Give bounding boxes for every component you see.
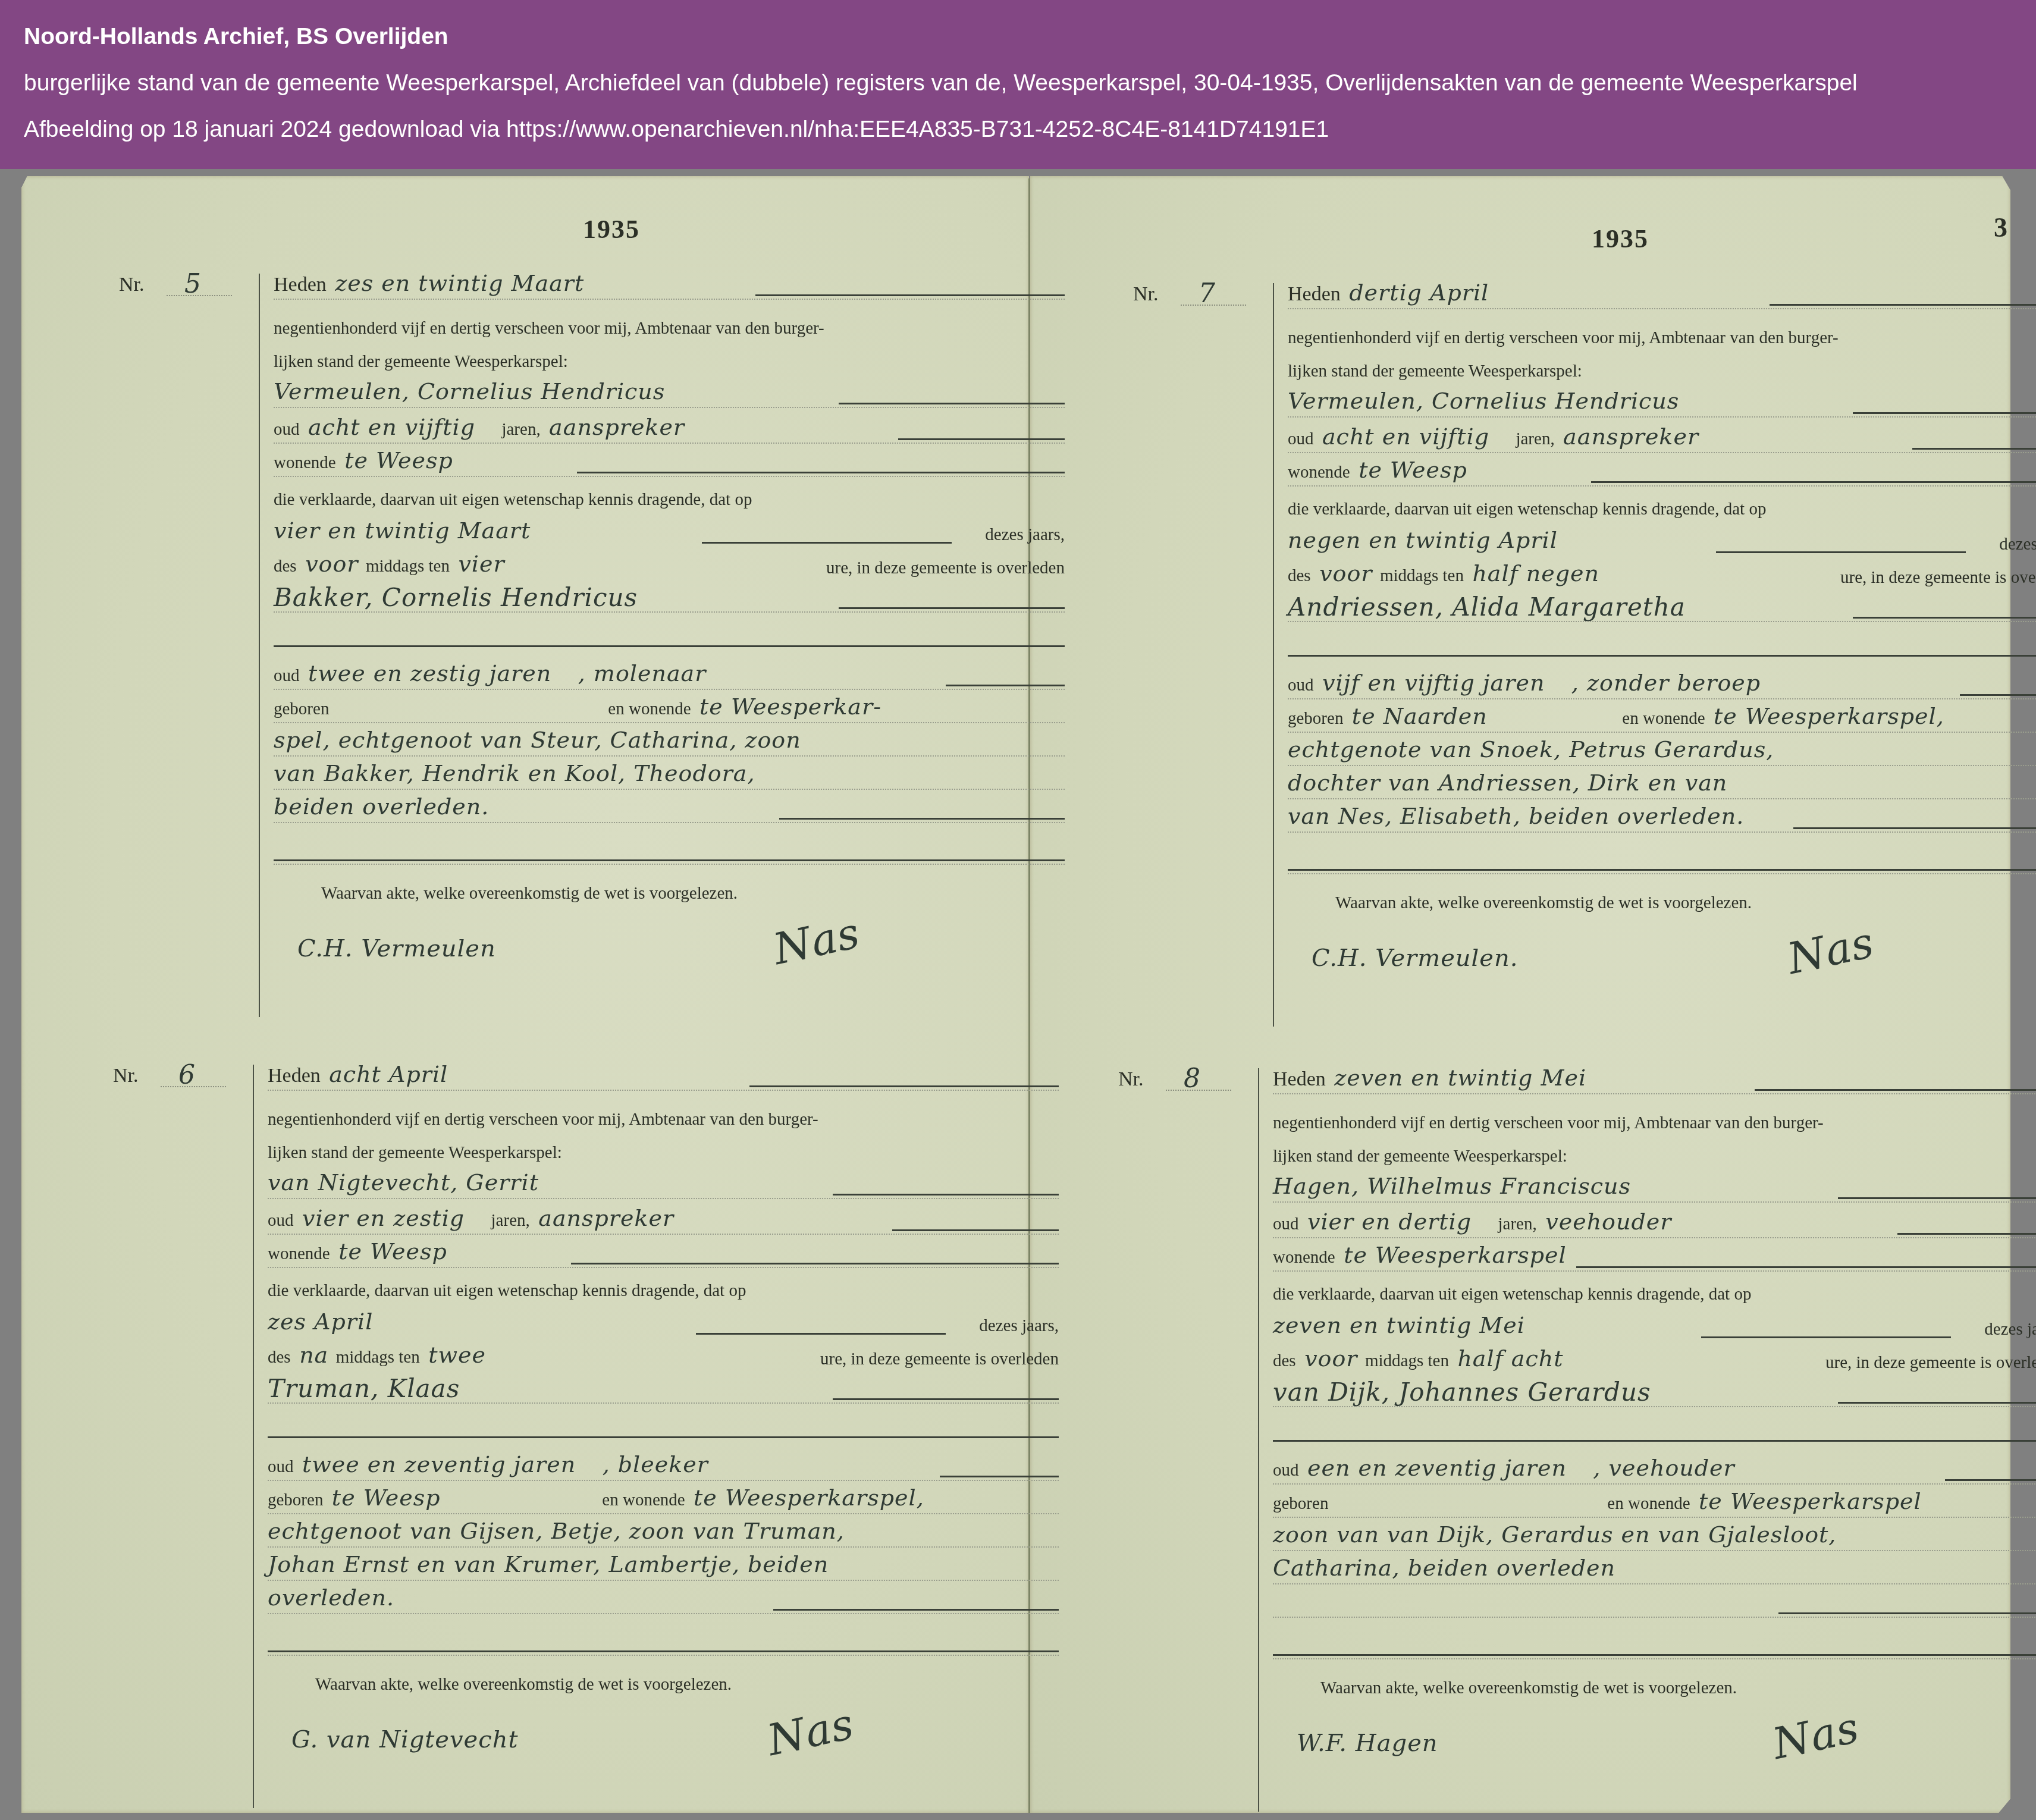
row-blank bbox=[268, 1412, 1059, 1442]
row-blank bbox=[1288, 630, 2036, 660]
record-number: 8 bbox=[1184, 1063, 1201, 1094]
record-number: 5 bbox=[184, 269, 202, 299]
official-initials: Nas bbox=[1768, 1702, 1864, 1769]
akte-statement: Waarvan akte, welke overeenkomstig de we… bbox=[321, 884, 738, 903]
declarant-age: vier en zestig bbox=[302, 1205, 465, 1231]
deceased-name: Bakker, Cornelis Hendricus bbox=[274, 583, 638, 612]
declarant-occupation: aanspreker bbox=[1563, 423, 1699, 450]
printed-line-negentienhonderd: negentienhonderd vijf en dertig verschee… bbox=[1273, 1113, 2036, 1133]
row-declarant: Hagen, Wilhelmus Franciscus bbox=[1273, 1173, 2036, 1203]
row-declarant: Vermeulen, Cornelius Hendricus bbox=[274, 378, 1065, 408]
record-number-label: Nr. bbox=[1133, 283, 1159, 306]
declarant-name: Vermeulen, Cornelius Hendricus bbox=[274, 378, 665, 404]
death-date: vier en twintig Maart bbox=[274, 517, 531, 544]
akte-statement: Waarvan akte, welke overeenkomstig de we… bbox=[315, 1675, 732, 1695]
death-date: zeven en twintig Mei bbox=[1273, 1312, 1525, 1338]
birthplace: te Naarden bbox=[1352, 703, 1614, 729]
residence: te Weesperkarspel bbox=[1699, 1488, 1922, 1514]
deceased-age: twee en zestig jaren bbox=[308, 660, 551, 686]
ante-post-meridiem: voor bbox=[1304, 1345, 1357, 1372]
official-initials: Nas bbox=[763, 1699, 858, 1765]
printed-line-negentienhonderd: negentienhonderd vijf en dertig verschee… bbox=[1288, 328, 2036, 348]
row-death-time: des voor middags ten half negen ure, in … bbox=[1288, 560, 2036, 590]
row-blank-2 bbox=[268, 1626, 1059, 1656]
row-death-date: zes April dezes jaars, bbox=[268, 1308, 1059, 1338]
details-line-1: echtgenote van Snoek, Petrus Gerardus, bbox=[1288, 736, 1774, 762]
row-death-time: des voor middags ten vier ure, in deze g… bbox=[274, 551, 1065, 580]
row-details-3: overleden. bbox=[268, 1584, 1059, 1614]
akte-statement: Waarvan akte, welke overeenkomstig de we… bbox=[1335, 893, 1752, 913]
row-birth: geboren te Weesp en wonende te Weesperka… bbox=[268, 1485, 1059, 1514]
declarant-name: van Nigtevecht, Gerrit bbox=[268, 1169, 539, 1195]
declarant-occupation: aanspreker bbox=[549, 414, 685, 440]
declarant-signature: C.H. Vermeulen bbox=[297, 935, 496, 962]
row-details-1: spel, echtgenoot van Steur, Catharina, z… bbox=[274, 727, 1065, 757]
printed-line-verklaarde: die verklaarde, daarvan uit eigen wetens… bbox=[268, 1281, 1059, 1301]
record-date: acht April bbox=[329, 1061, 448, 1087]
official-initials: Nas bbox=[769, 908, 864, 974]
row-deceased-age: oud twee en zestig jaren , molenaar bbox=[274, 660, 1065, 690]
row-details-2: Johan Ernst en van Krumer, Lambertje, be… bbox=[268, 1551, 1059, 1581]
page-number: 3 bbox=[1994, 212, 2007, 243]
deceased-occupation: , zonder beroep bbox=[1571, 670, 1761, 696]
row-blank bbox=[1273, 1416, 2036, 1445]
download-note: Afbeelding op 18 januari 2024 gedownload… bbox=[24, 117, 1329, 143]
row-declarant-age: oud acht en vijftig jaren, aanspreker bbox=[274, 414, 1065, 444]
death-record-6: Nr. 6 Heden acht April negentienhonderd … bbox=[113, 1065, 1065, 1814]
details-line-3: van Nes, Elisabeth, beiden overleden. bbox=[1288, 803, 1744, 829]
record-number-label: Nr. bbox=[1118, 1068, 1144, 1091]
row-birth: geboren te Naarden en wonende te Weesper… bbox=[1288, 703, 2036, 733]
declarant-age: acht en vijftig bbox=[308, 414, 475, 440]
row-details-2: dochter van Andriessen, Dirk en van bbox=[1288, 770, 2036, 799]
row-declarant-age: oud acht en vijftig jaren, aanspreker bbox=[1288, 423, 2036, 453]
row-blank-2 bbox=[274, 835, 1065, 865]
row-details-3: van Nes, Elisabeth, beiden overleden. bbox=[1288, 803, 2036, 833]
row-declarant-residence: wonende te Weesp bbox=[274, 447, 1065, 477]
archive-title: Noord-Hollands Archief, BS Overlijden bbox=[24, 24, 448, 50]
row-deceased: Andriessen, Alida Margaretha bbox=[1288, 592, 2036, 622]
declarant-age: vier en dertig bbox=[1307, 1209, 1472, 1235]
record-date: dertig April bbox=[1349, 280, 1489, 306]
details-line-1: zoon van van Dijk, Gerardus en van Gjale… bbox=[1273, 1521, 1836, 1548]
row-details-3 bbox=[1273, 1588, 2036, 1618]
row-deceased: van Dijk, Johannes Gerardus bbox=[1273, 1377, 2036, 1407]
row-date: Heden zes en twintig Maart bbox=[274, 270, 1065, 300]
row-deceased: Truman, Klaas bbox=[268, 1374, 1059, 1404]
declarant-signature: G. van Nigtevecht bbox=[291, 1726, 519, 1753]
record-number: 6 bbox=[178, 1060, 196, 1090]
row-birth: geboren en wonende te Weesperkar- bbox=[274, 694, 1065, 723]
deceased-occupation: , bleeker bbox=[603, 1451, 708, 1477]
declarant-residence: te Weesp bbox=[344, 447, 453, 473]
death-date: negen en twintig April bbox=[1288, 527, 1558, 553]
printed-line-negentienhonderd: negentienhonderd vijf en dertig verschee… bbox=[268, 1110, 1059, 1129]
details-line-1: spel, echtgenoot van Steur, Catharina, z… bbox=[274, 727, 801, 753]
row-date: Heden zeven en twintig Mei bbox=[1273, 1065, 2036, 1094]
declarant-signature: C.H. Vermeulen. bbox=[1312, 944, 1519, 972]
page-year-right: 1935 bbox=[1592, 224, 1649, 254]
ante-post-meridiem: voor bbox=[1319, 560, 1372, 586]
declarant-residence: te Weesperkarspel bbox=[1344, 1242, 1567, 1268]
details-line-2: dochter van Andriessen, Dirk en van bbox=[1288, 770, 1727, 796]
declarant-residence: te Weesp bbox=[1359, 457, 1467, 483]
record-date: zes en twintig Maart bbox=[335, 270, 584, 296]
printed-line-lijken: lijken stand der gemeente Weesperkarspel… bbox=[268, 1143, 1059, 1163]
deceased-age: twee en zeventig jaren bbox=[302, 1451, 576, 1477]
row-death-date: zeven en twintig Mei dezes jaars, bbox=[1273, 1312, 2036, 1342]
row-deceased: Bakker, Cornelis Hendricus bbox=[274, 583, 1065, 613]
record-number-label: Nr. bbox=[113, 1065, 139, 1087]
record-date: zeven en twintig Mei bbox=[1334, 1065, 1586, 1091]
details-line-2: van Bakker, Hendrik en Kool, Theodora, bbox=[274, 760, 755, 786]
official-initials: Nas bbox=[1783, 917, 1878, 984]
printed-line-verklaarde: die verklaarde, daarvan uit eigen wetens… bbox=[274, 490, 1065, 510]
printed-line-lijken: lijken stand der gemeente Weesperkarspel… bbox=[1273, 1147, 2036, 1166]
declarant-residence: te Weesp bbox=[338, 1238, 447, 1264]
row-death-time: des voor middags ten half acht ure, in d… bbox=[1273, 1345, 2036, 1375]
row-declarant-residence: wonende te Weesperkarspel bbox=[1273, 1242, 2036, 1272]
ante-post-meridiem: voor bbox=[305, 551, 358, 577]
death-hour: vier bbox=[458, 551, 504, 577]
akte-statement: Waarvan akte, welke overeenkomstig de we… bbox=[1320, 1678, 1737, 1698]
deceased-occupation: , veehouder bbox=[1593, 1455, 1734, 1481]
row-details-1: echtgenoot van Gijsen, Betje, zoon van T… bbox=[268, 1518, 1059, 1548]
row-declarant-age: oud vier en dertig jaren, veehouder bbox=[1273, 1209, 2036, 1238]
death-hour: twee bbox=[428, 1342, 486, 1368]
details-line-1: echtgenoot van Gijsen, Betje, zoon van T… bbox=[268, 1518, 845, 1544]
row-declarant-age: oud vier en zestig jaren, aanspreker bbox=[268, 1205, 1059, 1235]
row-death-time: des na middags ten twee ure, in deze gem… bbox=[268, 1342, 1059, 1372]
death-record-5: Nr. 5 Heden zes en twintig Maart negenti… bbox=[119, 274, 1071, 1023]
declarant-occupation: aanspreker bbox=[538, 1205, 674, 1231]
ante-post-meridiem: na bbox=[299, 1342, 328, 1368]
row-declarant-residence: wonende te Weesp bbox=[1288, 457, 2036, 487]
margin-rule bbox=[1273, 283, 1274, 1027]
birthplace: te Weesp bbox=[332, 1485, 594, 1511]
row-date: Heden dertig April bbox=[1288, 280, 2036, 309]
residence: te Weesperkarspel, bbox=[1714, 703, 1944, 729]
row-declarant: van Nigtevecht, Gerrit bbox=[268, 1169, 1059, 1199]
row-details-3: beiden overleden. bbox=[274, 793, 1065, 823]
row-details-1: zoon van van Dijk, Gerardus en van Gjale… bbox=[1273, 1521, 2036, 1551]
page-year-left: 1935 bbox=[583, 214, 640, 244]
declarant-name: Hagen, Wilhelmus Franciscus bbox=[1273, 1173, 1631, 1199]
death-record-7: Nr. 7 Heden dertig April negentienhonder… bbox=[1133, 283, 2036, 1033]
deceased-age: vijf en vijftig jaren bbox=[1322, 670, 1545, 696]
archive-banner: Noord-Hollands Archief, BS Overlijden bu… bbox=[0, 0, 2036, 169]
deceased-name: Truman, Klaas bbox=[268, 1374, 460, 1403]
deceased-occupation: , molenaar bbox=[578, 660, 707, 686]
printed-line-verklaarde: die verklaarde, daarvan uit eigen wetens… bbox=[1273, 1285, 2036, 1304]
deceased-name: Andriessen, Alida Margaretha bbox=[1288, 592, 1686, 622]
row-blank-2 bbox=[1288, 845, 2036, 874]
death-date: zes April bbox=[268, 1308, 373, 1335]
printed-line-lijken: lijken stand der gemeente Weesperkarspel… bbox=[274, 352, 1065, 372]
row-details-2: Catharina, beiden overleden bbox=[1273, 1555, 2036, 1584]
death-record-8: Nr. 8 Heden zeven en twintig Mei negenti… bbox=[1118, 1068, 2036, 1818]
declarant-age: acht en vijftig bbox=[1322, 423, 1489, 450]
declarant-signature: W.F. Hagen bbox=[1297, 1730, 1438, 1757]
residence: te Weesperkarspel, bbox=[694, 1485, 924, 1511]
death-hour: half acht bbox=[1457, 1345, 1563, 1372]
declarant-name: Vermeulen, Cornelius Hendricus bbox=[1288, 388, 1679, 414]
deceased-name: van Dijk, Johannes Gerardus bbox=[1273, 1377, 1651, 1407]
death-hour: half negen bbox=[1472, 560, 1599, 586]
residence: te Weesperkar- bbox=[699, 694, 881, 720]
row-date: Heden acht April bbox=[268, 1061, 1059, 1091]
details-line-2: Johan Ernst en van Krumer, Lambertje, be… bbox=[268, 1551, 829, 1577]
row-blank bbox=[274, 621, 1065, 651]
row-deceased-age: oud een en zeventig jaren , veehouder bbox=[1273, 1455, 2036, 1485]
printed-line-negentienhonderd: negentienhonderd vijf en dertig verschee… bbox=[274, 319, 1065, 338]
record-number: 7 bbox=[1199, 278, 1216, 309]
row-blank-2 bbox=[1273, 1630, 2036, 1659]
row-death-date: negen en twintig April dezes jaars, bbox=[1288, 527, 2036, 557]
details-line-3: overleden. bbox=[268, 1584, 394, 1611]
row-declarant-residence: wonende te Weesp bbox=[268, 1238, 1059, 1268]
row-deceased-age: oud twee en zeventig jaren , bleeker bbox=[268, 1451, 1059, 1481]
printed-line-lijken: lijken stand der gemeente Weesperkarspel… bbox=[1288, 362, 2036, 381]
row-details-2: van Bakker, Hendrik en Kool, Theodora, bbox=[274, 760, 1065, 790]
declarant-occupation: veehouder bbox=[1545, 1209, 1671, 1235]
row-details-1: echtgenote van Snoek, Petrus Gerardus, bbox=[1288, 736, 2036, 766]
margin-rule bbox=[253, 1065, 254, 1808]
details-line-3: beiden overleden. bbox=[274, 793, 489, 820]
deceased-age: een en zeventig jaren bbox=[1307, 1455, 1567, 1481]
details-line-2: Catharina, beiden overleden bbox=[1273, 1555, 1615, 1581]
record-number-label: Nr. bbox=[119, 274, 145, 296]
printed-line-verklaarde: die verklaarde, daarvan uit eigen wetens… bbox=[1288, 500, 2036, 519]
row-deceased-age: oud vijf en vijftig jaren , zonder beroe… bbox=[1288, 670, 2036, 699]
archive-description: burgerlijke stand van de gemeente Weespe… bbox=[24, 70, 1858, 96]
margin-rule bbox=[259, 274, 260, 1017]
row-declarant: Vermeulen, Cornelius Hendricus bbox=[1288, 388, 2036, 418]
row-death-date: vier en twintig Maart dezes jaars, bbox=[274, 517, 1065, 547]
margin-rule bbox=[1258, 1068, 1259, 1812]
row-birth: geboren en wonende te Weesperkarspel bbox=[1273, 1488, 2036, 1518]
